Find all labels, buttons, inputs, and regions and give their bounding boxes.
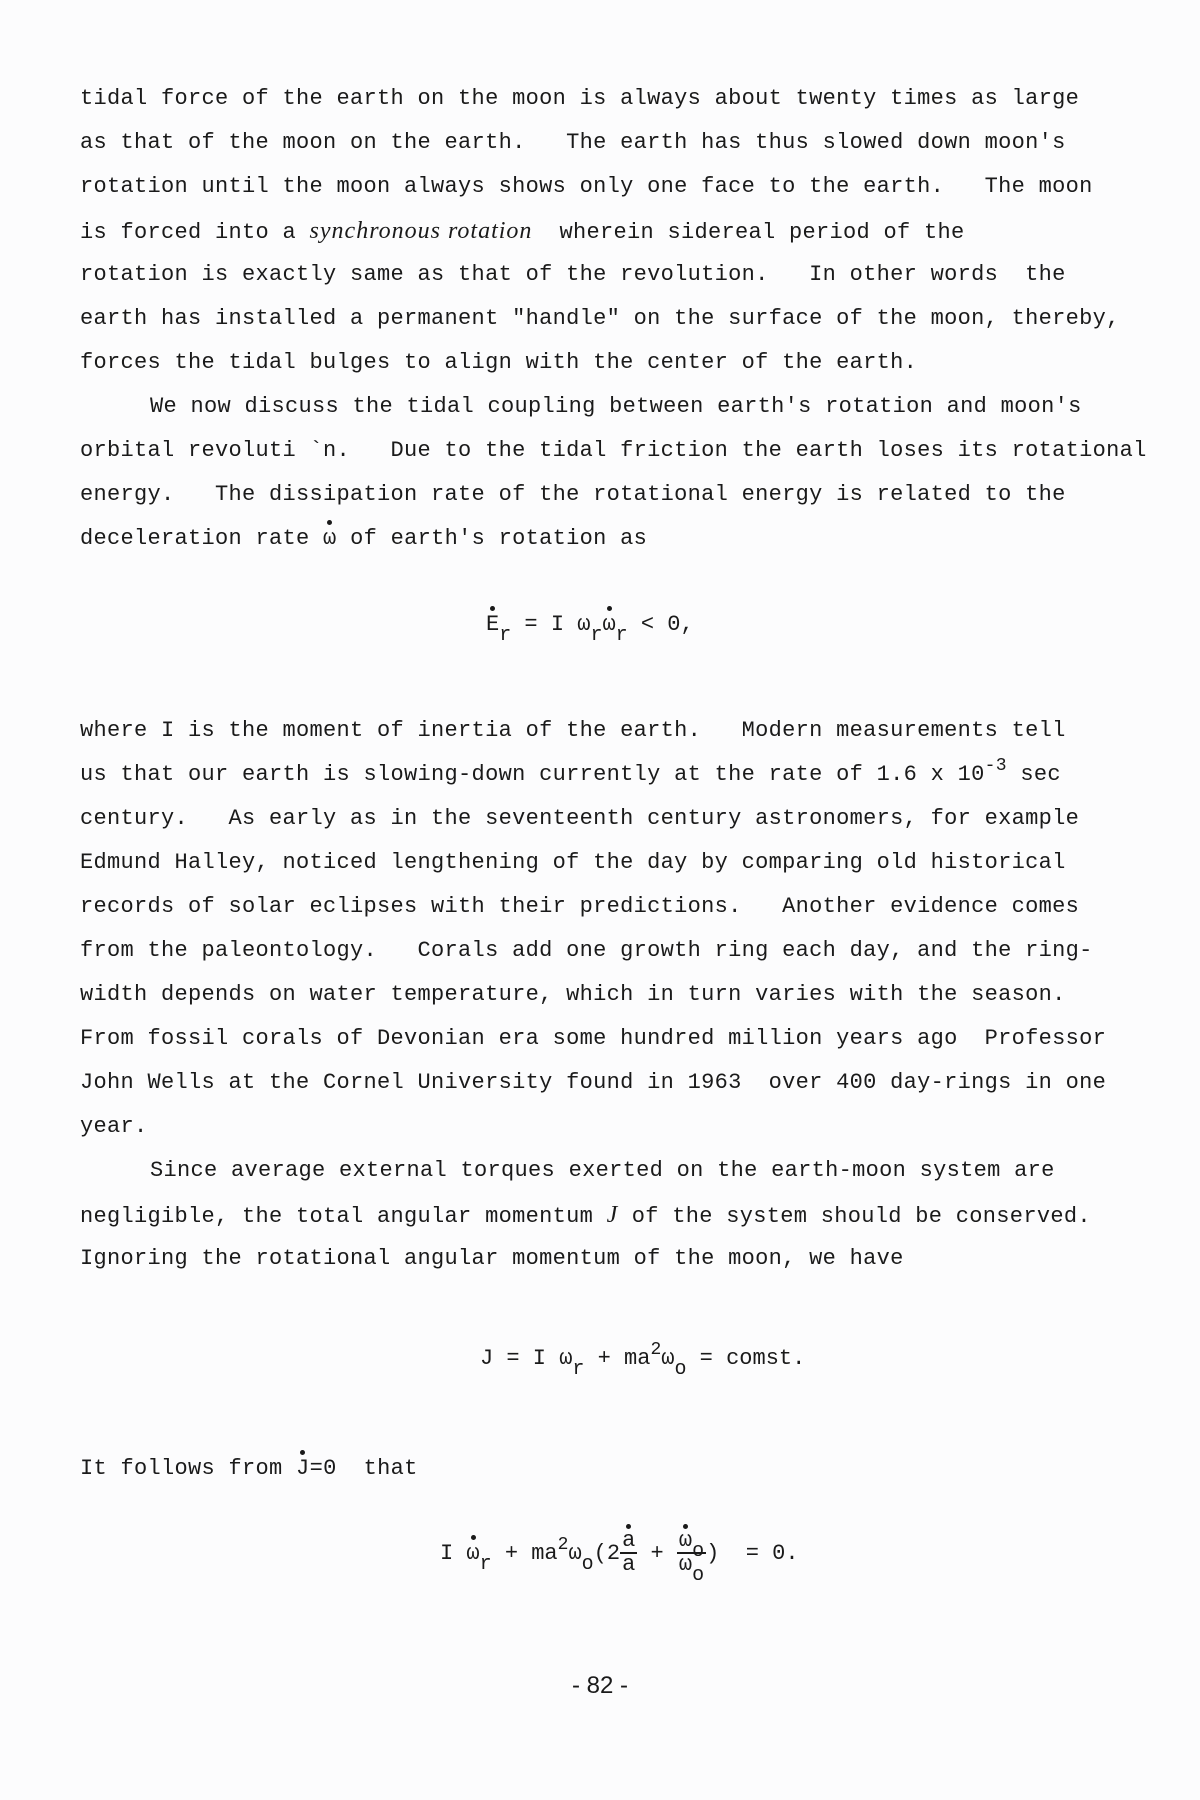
text-line: John Wells at the Cornel University foun…	[80, 1070, 1106, 1096]
eq-symbol: ω	[661, 1346, 674, 1371]
text-fragment: =0	[310, 1456, 337, 1481]
eq-symbol: ω	[679, 1552, 692, 1577]
text-fragment: It follows from	[80, 1456, 296, 1481]
text-line: Edmund Halley, noticed lengthening of th…	[80, 850, 1066, 876]
eq-subscript: o	[582, 1553, 594, 1576]
text-line: from the paleontology. Corals add one gr…	[80, 938, 1093, 964]
eq-text: (2	[594, 1541, 620, 1566]
eq-text: J = I	[480, 1346, 559, 1371]
text-line: deceleration rate ω of earth's rotation …	[80, 526, 647, 552]
text-fragment: is forced into a	[80, 220, 310, 245]
eq-text: +	[637, 1541, 677, 1566]
eq-text: + ma	[492, 1541, 558, 1566]
fraction-denominator: ωo	[677, 1554, 706, 1576]
fraction-numerator: ωo	[677, 1530, 706, 1554]
text-fragment: of the system should be conserved.	[618, 1204, 1091, 1229]
fraction-a: aa	[620, 1530, 637, 1576]
eq-symbol: E	[486, 612, 499, 638]
eq-symbol: ω	[577, 612, 590, 637]
eq-superscript: 2	[558, 1535, 569, 1555]
text-line: It follows from J=0 that	[80, 1456, 418, 1482]
eq-text: )	[706, 1541, 719, 1566]
text-fragment: sec	[1007, 762, 1061, 787]
text-fragment: that	[337, 1456, 418, 1481]
eq-text: = comst.	[686, 1346, 805, 1371]
text-line: year.	[80, 1114, 148, 1140]
text-line: as that of the moon on the earth. The ea…	[80, 130, 1066, 156]
italic-term: synchronous rotation	[310, 218, 533, 244]
exponent: -3	[985, 756, 1007, 776]
eq-superscript: 2	[650, 1340, 661, 1360]
fraction-numerator: a	[620, 1530, 637, 1554]
eq-subscript: r	[616, 624, 628, 647]
text-line: negligible, the total angular momentum J…	[80, 1202, 1091, 1230]
eq-symbol: ω	[602, 612, 615, 638]
eq-text: + ma	[584, 1346, 650, 1371]
eq-subscript: r	[590, 624, 602, 647]
equation-angular-momentum: J = I ωr + ma2ωo = comst.	[480, 1346, 805, 1372]
text-fragment: wherein sidereal period of the	[532, 220, 964, 245]
text-line: earth has installed a permanent "handle"…	[80, 306, 1120, 332]
text-line: Ignoring the rotational angular momentum…	[80, 1246, 904, 1272]
text-line: From fossil corals of Devonian era some …	[80, 1026, 1106, 1052]
text-line: records of solar eclipses with their pre…	[80, 894, 1079, 920]
eq-symbol: ω	[466, 1541, 479, 1567]
eq-subscript: o	[674, 1358, 686, 1381]
text-line: us that our earth is slowing-down curren…	[80, 762, 1061, 788]
text-line: Since average external torques exerted o…	[150, 1158, 1055, 1184]
omega-dot-symbol: ω	[323, 526, 337, 552]
fraction-omega: ωoωo	[677, 1530, 706, 1576]
eq-text: = I	[511, 612, 577, 637]
eq-symbol: J	[296, 1456, 310, 1482]
equation-conservation-derivative: I ωr + ma2ωo(2aa + ωoωo) = 0.	[440, 1530, 799, 1576]
text-line: century. As early as in the seventeenth …	[80, 806, 1079, 832]
eq-subscript: r	[572, 1358, 584, 1381]
eq-symbol: ω	[559, 1346, 572, 1371]
italic-symbol: J	[607, 1202, 619, 1228]
text-fragment: us that our earth is slowing-down curren…	[80, 762, 985, 787]
text-line: where I is the moment of inertia of the …	[80, 718, 1066, 744]
page-number: - 82 -	[0, 1672, 1200, 1700]
text-line: rotation until the moon always shows onl…	[80, 174, 1093, 200]
eq-subscript: r	[499, 624, 511, 647]
eq-subscript: r	[480, 1553, 492, 1576]
text-line: is forced into a synchronous rotation wh…	[80, 218, 965, 246]
text-line: energy. The dissipation rate of the rota…	[80, 482, 1066, 508]
fraction-denominator: a	[620, 1554, 637, 1576]
document-page: tidal force of the earth on the moon is …	[0, 0, 1200, 1800]
eq-symbol: ω	[568, 1541, 581, 1566]
text-line: rotation is exactly same as that of the …	[80, 262, 1066, 288]
eq-symbol: ω	[679, 1530, 692, 1552]
equation-energy-dissipation: Er = I ωrωr < 0,	[486, 612, 694, 638]
eq-subscript: o	[692, 1564, 704, 1587]
text-fragment: negligible, the total angular momentum	[80, 1204, 607, 1229]
eq-text: < 0,	[628, 612, 694, 637]
eq-text: = 0.	[719, 1541, 798, 1566]
eq-text: I	[440, 1541, 466, 1566]
text-fragment: deceleration rate	[80, 526, 323, 551]
text-line: orbital revoluti `n. Due to the tidal fr…	[80, 438, 1147, 464]
text-line: width depends on water temperature, whic…	[80, 982, 1066, 1008]
text-line: We now discuss the tidal coupling betwee…	[150, 394, 1082, 420]
text-line: forces the tidal bulges to align with th…	[80, 350, 917, 376]
text-line: tidal force of the earth on the moon is …	[80, 86, 1079, 112]
text-fragment: of earth's rotation as	[337, 526, 648, 551]
